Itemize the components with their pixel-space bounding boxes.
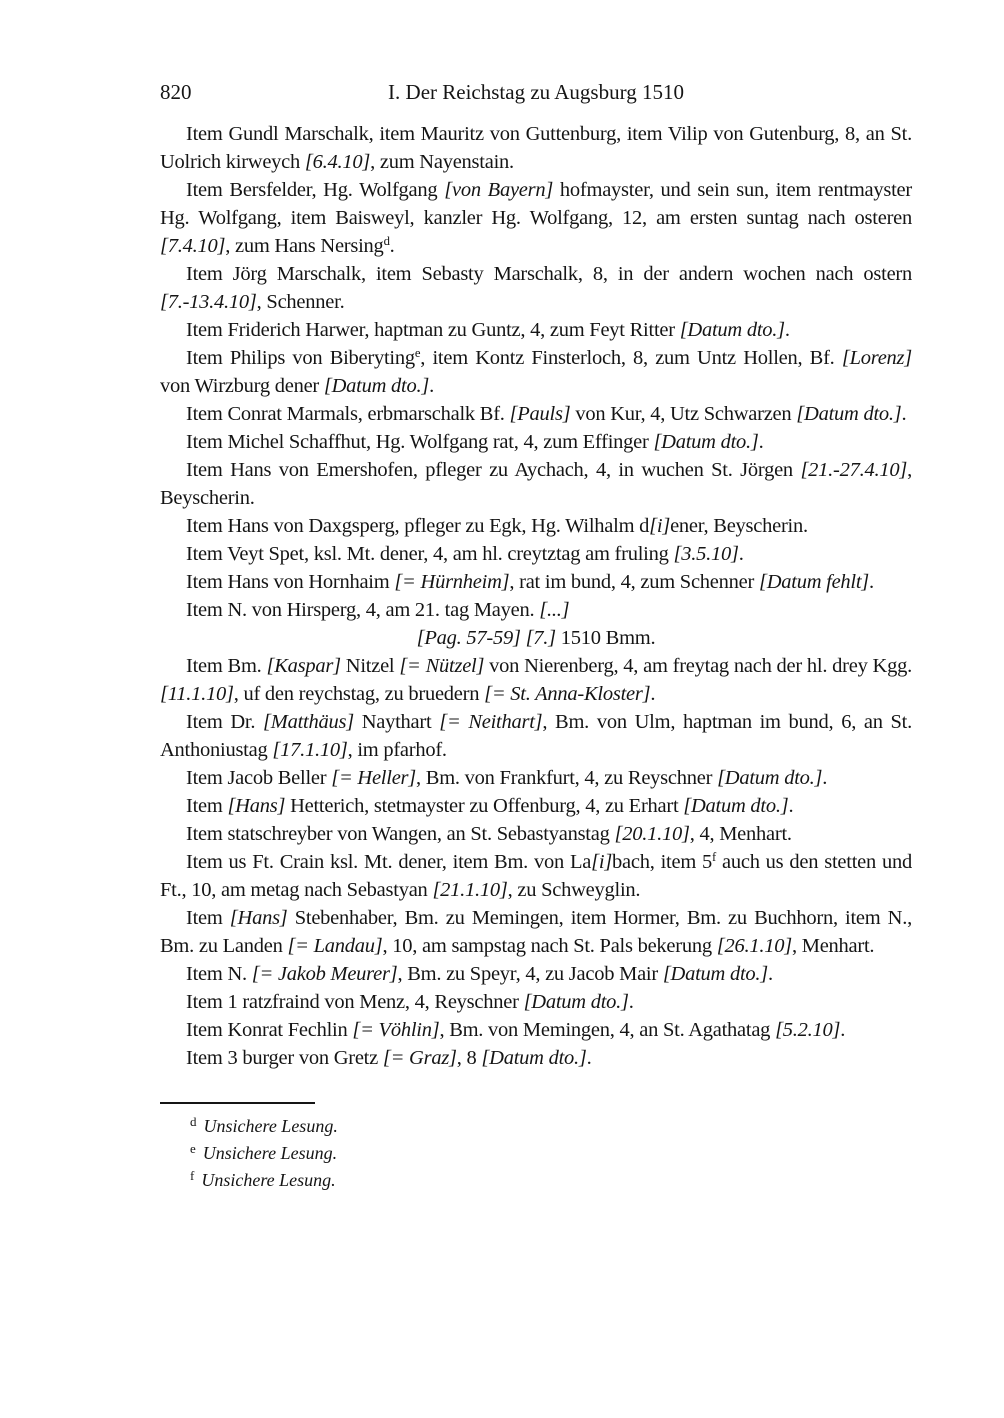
- running-title: I. Der Reichstag zu Augsburg 1510: [160, 78, 912, 106]
- paragraph: Item Philips von Biberytinge, item Kontz…: [160, 344, 912, 400]
- paragraph: Item [Hans] Stebenhaber, Bm. zu Memingen…: [160, 904, 912, 960]
- text-run: Item Hans von Daxgsperg, pfleger zu Egk,…: [186, 515, 649, 537]
- text-run: .: [869, 571, 874, 593]
- text-run: , zum Nayenstain.: [370, 151, 514, 173]
- paragraph: Item Jörg Marschalk, item Sebasty Marsch…: [160, 260, 912, 316]
- text-run: Item Konrat Fechlin: [186, 1019, 352, 1041]
- text-run: Item Michel Schaffhut, Hg. Wolfgang rat,…: [186, 431, 653, 453]
- editorial-note: [Datum dto.]: [663, 963, 768, 985]
- text-run: .: [629, 991, 634, 1013]
- editorial-note: [5.2.10]: [775, 1019, 840, 1041]
- editorial-note: [= St. Anna-Kloster]: [484, 683, 650, 705]
- editorial-note: [21.-27.4.10]: [800, 459, 907, 481]
- editorial-note: [= Nützel]: [399, 655, 484, 677]
- editorial-note: [Datum dto.]: [524, 991, 629, 1013]
- text-run: Item us Ft. Crain ksl. Mt. dener, item B…: [186, 851, 591, 873]
- text-run: von Wirzburg dener: [160, 375, 324, 397]
- text-run: .: [587, 1047, 592, 1069]
- editorial-note: [Kaspar]: [266, 655, 340, 677]
- text-run: Item: [186, 907, 230, 929]
- editorial-note: [i]: [649, 515, 670, 537]
- editorial-note: [Datum dto.]: [717, 767, 822, 789]
- text-run: , 10, am sampstag nach St. Pals bekerung: [383, 935, 717, 957]
- text-run: ener, Beyscherin.: [670, 515, 808, 537]
- editorial-note: [Hans]: [230, 907, 288, 929]
- editorial-note: [Datum dto.]: [324, 375, 429, 397]
- text-run: .: [785, 319, 790, 341]
- editorial-note: [Matthäus]: [263, 711, 354, 733]
- text-run: Item Bm.: [186, 655, 266, 677]
- paragraph: Item Bm. [Kaspar] Nitzel [= Nützel] von …: [160, 652, 912, 708]
- editorial-note: [Datum fehlt]: [759, 571, 869, 593]
- editorial-note: [6.4.10]: [305, 151, 370, 173]
- text-run: Item Dr.: [186, 711, 263, 733]
- editorial-note: [= Hürnheim]: [394, 571, 509, 593]
- text-run: Item Jörg Marschalk, item Sebasty Marsch…: [186, 263, 912, 285]
- editorial-note: [7.-13.4.10]: [160, 291, 257, 313]
- paragraph: Item [Hans] Hetterich, stetmayster zu Of…: [160, 792, 912, 820]
- text-run: , 8: [457, 1047, 482, 1069]
- paragraph: Item N. [= Jakob Meurer], Bm. zu Speyr, …: [160, 960, 912, 988]
- text-run: Item Hans von Emershofen, pfleger zu Ayc…: [186, 459, 800, 481]
- paragraph: Item us Ft. Crain ksl. Mt. dener, item B…: [160, 848, 912, 904]
- text-run: , Bm. von Frankfurt, 4, zu Reyschner: [416, 767, 717, 789]
- editorial-note: [21.1.10]: [432, 879, 507, 901]
- text-run: Item Jacob Beller: [186, 767, 331, 789]
- editorial-note: [Datum dto.]: [796, 403, 901, 425]
- text-run: , zu Schweyglin.: [508, 879, 641, 901]
- editorial-note: [i]: [591, 851, 612, 873]
- footnote-list: dUnsichere Lesung.eUnsichere Lesung.fUns…: [160, 1113, 912, 1194]
- editorial-note: [7.4.10]: [160, 235, 225, 257]
- text-run: , Bm. von Memingen, 4, an St. Agathatag: [439, 1019, 775, 1041]
- editorial-note: [Datum dto.]: [653, 431, 758, 453]
- editorial-note: [= Vöhlin]: [352, 1019, 439, 1041]
- footnote-text: Unsichere Lesung.: [204, 1116, 338, 1136]
- text-run: Item N.: [186, 963, 252, 985]
- editorial-note: [= Graz]: [383, 1047, 457, 1069]
- footnote-text: Unsichere Lesung.: [203, 1143, 337, 1163]
- text-run: .: [429, 375, 434, 397]
- paragraph: Item Konrat Fechlin [= Vöhlin], Bm. von …: [160, 1016, 912, 1044]
- text-run: von Nierenberg, 4, am freytag nach der h…: [484, 655, 912, 677]
- paragraph: Item Veyt Spet, ksl. Mt. dener, 4, am hl…: [160, 540, 912, 568]
- text-run: Item Philips von Biberyting: [186, 347, 415, 369]
- text-run: .: [822, 767, 827, 789]
- paragraph: Item 1 ratzfraind von Menz, 4, Reyschner…: [160, 988, 912, 1016]
- text-run: Item Hans von Hornhaim: [186, 571, 394, 593]
- editorial-note: [...]: [539, 599, 569, 621]
- footnote: eUnsichere Lesung.: [160, 1140, 912, 1167]
- footnote-reference-marker: f: [712, 850, 716, 864]
- footnotes-section: dUnsichere Lesung.eUnsichere Lesung.fUns…: [160, 1102, 912, 1194]
- paragraph: Item Michel Schaffhut, Hg. Wolfgang rat,…: [160, 428, 912, 456]
- editorial-note: [3.5.10]: [673, 543, 738, 565]
- text-run: Nitzel: [341, 655, 400, 677]
- paragraph: Item statschreyber von Wangen, an St. Se…: [160, 820, 912, 848]
- editorial-note: [Datum dto.]: [680, 319, 785, 341]
- paragraph: Item Hans von Hornhaim [= Hürnheim], rat…: [160, 568, 912, 596]
- editorial-note: [26.1.10]: [717, 935, 792, 957]
- page-reference-line: [Pag. 57-59] [7.] 1510 Bmm.: [160, 624, 912, 652]
- text-run: Item 3 burger von Gretz: [186, 1047, 383, 1069]
- page-header: 820 I. Der Reichstag zu Augsburg 1510: [160, 78, 912, 106]
- editorial-note: [= Heller]: [331, 767, 416, 789]
- paragraph: Item Friderich Harwer, haptman zu Guntz,…: [160, 316, 912, 344]
- paragraph: Item Jacob Beller [= Heller], Bm. von Fr…: [160, 764, 912, 792]
- text-run: Item statschreyber von Wangen, an St. Se…: [186, 823, 614, 845]
- footnote-text: Unsichere Lesung.: [201, 1170, 335, 1190]
- text-run: .: [768, 963, 773, 985]
- paragraph: Item Conrat Marmals, erbmarschalk Bf. [P…: [160, 400, 912, 428]
- text-run: Item Conrat Marmals, erbmarschalk Bf.: [186, 403, 510, 425]
- editorial-note: [Pauls]: [510, 403, 571, 425]
- text-run: , Bm. zu Speyr, 4, zu Jacob Mair: [397, 963, 662, 985]
- paragraph: Item N. von Hirsperg, 4, am 21. tag Maye…: [160, 596, 912, 624]
- paragraph: Item Dr. [Matthäus] Naythart [= Neithart…: [160, 708, 912, 764]
- text-run: Item 1 ratzfraind von Menz, 4, Reyschner: [186, 991, 524, 1013]
- footnote-reference-marker: d: [384, 234, 390, 248]
- footnote-rule: [160, 1102, 315, 1104]
- footnote-marker: e: [190, 1141, 196, 1156]
- text-run: , zum Hans Nersing: [225, 235, 383, 257]
- paragraph: Item Hans von Daxgsperg, pfleger zu Egk,…: [160, 512, 912, 540]
- footnote: fUnsichere Lesung.: [160, 1167, 912, 1194]
- text-run: , item Kontz Finsterloch, 8, zum Untz Ho…: [420, 347, 842, 369]
- editorial-note: [17.1.10]: [272, 739, 347, 761]
- text-run: , Schenner.: [257, 291, 345, 313]
- text-run: Item Bersfelder, Hg. Wolfgang: [186, 179, 444, 201]
- paragraph: Item Bersfelder, Hg. Wolfgang [von Bayer…: [160, 176, 912, 260]
- text-run: Hetterich, stetmayster zu Offenburg, 4, …: [285, 795, 683, 817]
- text-run: 1510 Bmm.: [556, 627, 655, 649]
- editorial-note: [Datum dto.]: [481, 1047, 586, 1069]
- text-run: Naythart: [354, 711, 439, 733]
- paragraph: Item Hans von Emershofen, pfleger zu Ayc…: [160, 456, 912, 512]
- text-run: Item Friderich Harwer, haptman zu Guntz,…: [186, 319, 680, 341]
- text-run: .: [788, 795, 793, 817]
- text-run: von Kur, 4, Utz Schwarzen: [570, 403, 796, 425]
- editorial-note: [20.1.10]: [614, 823, 689, 845]
- text-run: , 4, Menhart.: [690, 823, 792, 845]
- text-run: Item Gundl Marschalk, item Mauritz von G…: [160, 123, 912, 173]
- editorial-note: [= Jakob Meurer]: [252, 963, 398, 985]
- footnote-marker: d: [190, 1114, 197, 1129]
- text-run: Item N. von Hirsperg, 4, am 21. tag Maye…: [186, 599, 539, 621]
- text-run: , Menhart.: [792, 935, 874, 957]
- text-run: .: [840, 1019, 845, 1041]
- text-run: .: [650, 683, 655, 705]
- editorial-note: [Hans]: [227, 795, 285, 817]
- text-run: Item: [186, 795, 227, 817]
- text-run: Item Veyt Spet, ksl. Mt. dener, 4, am hl…: [186, 543, 673, 565]
- editorial-note: [Pag. 57-59] [7.]: [417, 627, 556, 649]
- text-run: , im pfarhof.: [348, 739, 447, 761]
- paragraph: Item 3 burger von Gretz [= Graz], 8 [Dat…: [160, 1044, 912, 1072]
- editorial-note: [Datum dto.]: [683, 795, 788, 817]
- paragraph: Item Gundl Marschalk, item Mauritz von G…: [160, 120, 912, 176]
- text-run: bach, item 5: [612, 851, 712, 873]
- editorial-note: [11.1.10]: [160, 683, 234, 705]
- text-run: .: [390, 235, 395, 257]
- text-run: .: [759, 431, 764, 453]
- text-run: , rat im bund, 4, zum Schenner: [509, 571, 759, 593]
- editorial-note: [Lorenz]: [842, 347, 912, 369]
- footnote: dUnsichere Lesung.: [160, 1113, 912, 1140]
- editorial-note: [von Bayern]: [444, 179, 553, 201]
- footnote-marker: f: [190, 1168, 194, 1183]
- footnote-reference-marker: e: [415, 346, 420, 360]
- editorial-note: [= Neithart]: [439, 711, 542, 733]
- text-run: .: [739, 543, 744, 565]
- body-text: Item Gundl Marschalk, item Mauritz von G…: [160, 120, 912, 1072]
- document-page: 820 I. Der Reichstag zu Augsburg 1510 It…: [0, 0, 1004, 1418]
- editorial-note: [= Landau]: [287, 935, 382, 957]
- text-run: , uf den reychstag, zu bruedern: [234, 683, 484, 705]
- text-run: .: [902, 403, 907, 425]
